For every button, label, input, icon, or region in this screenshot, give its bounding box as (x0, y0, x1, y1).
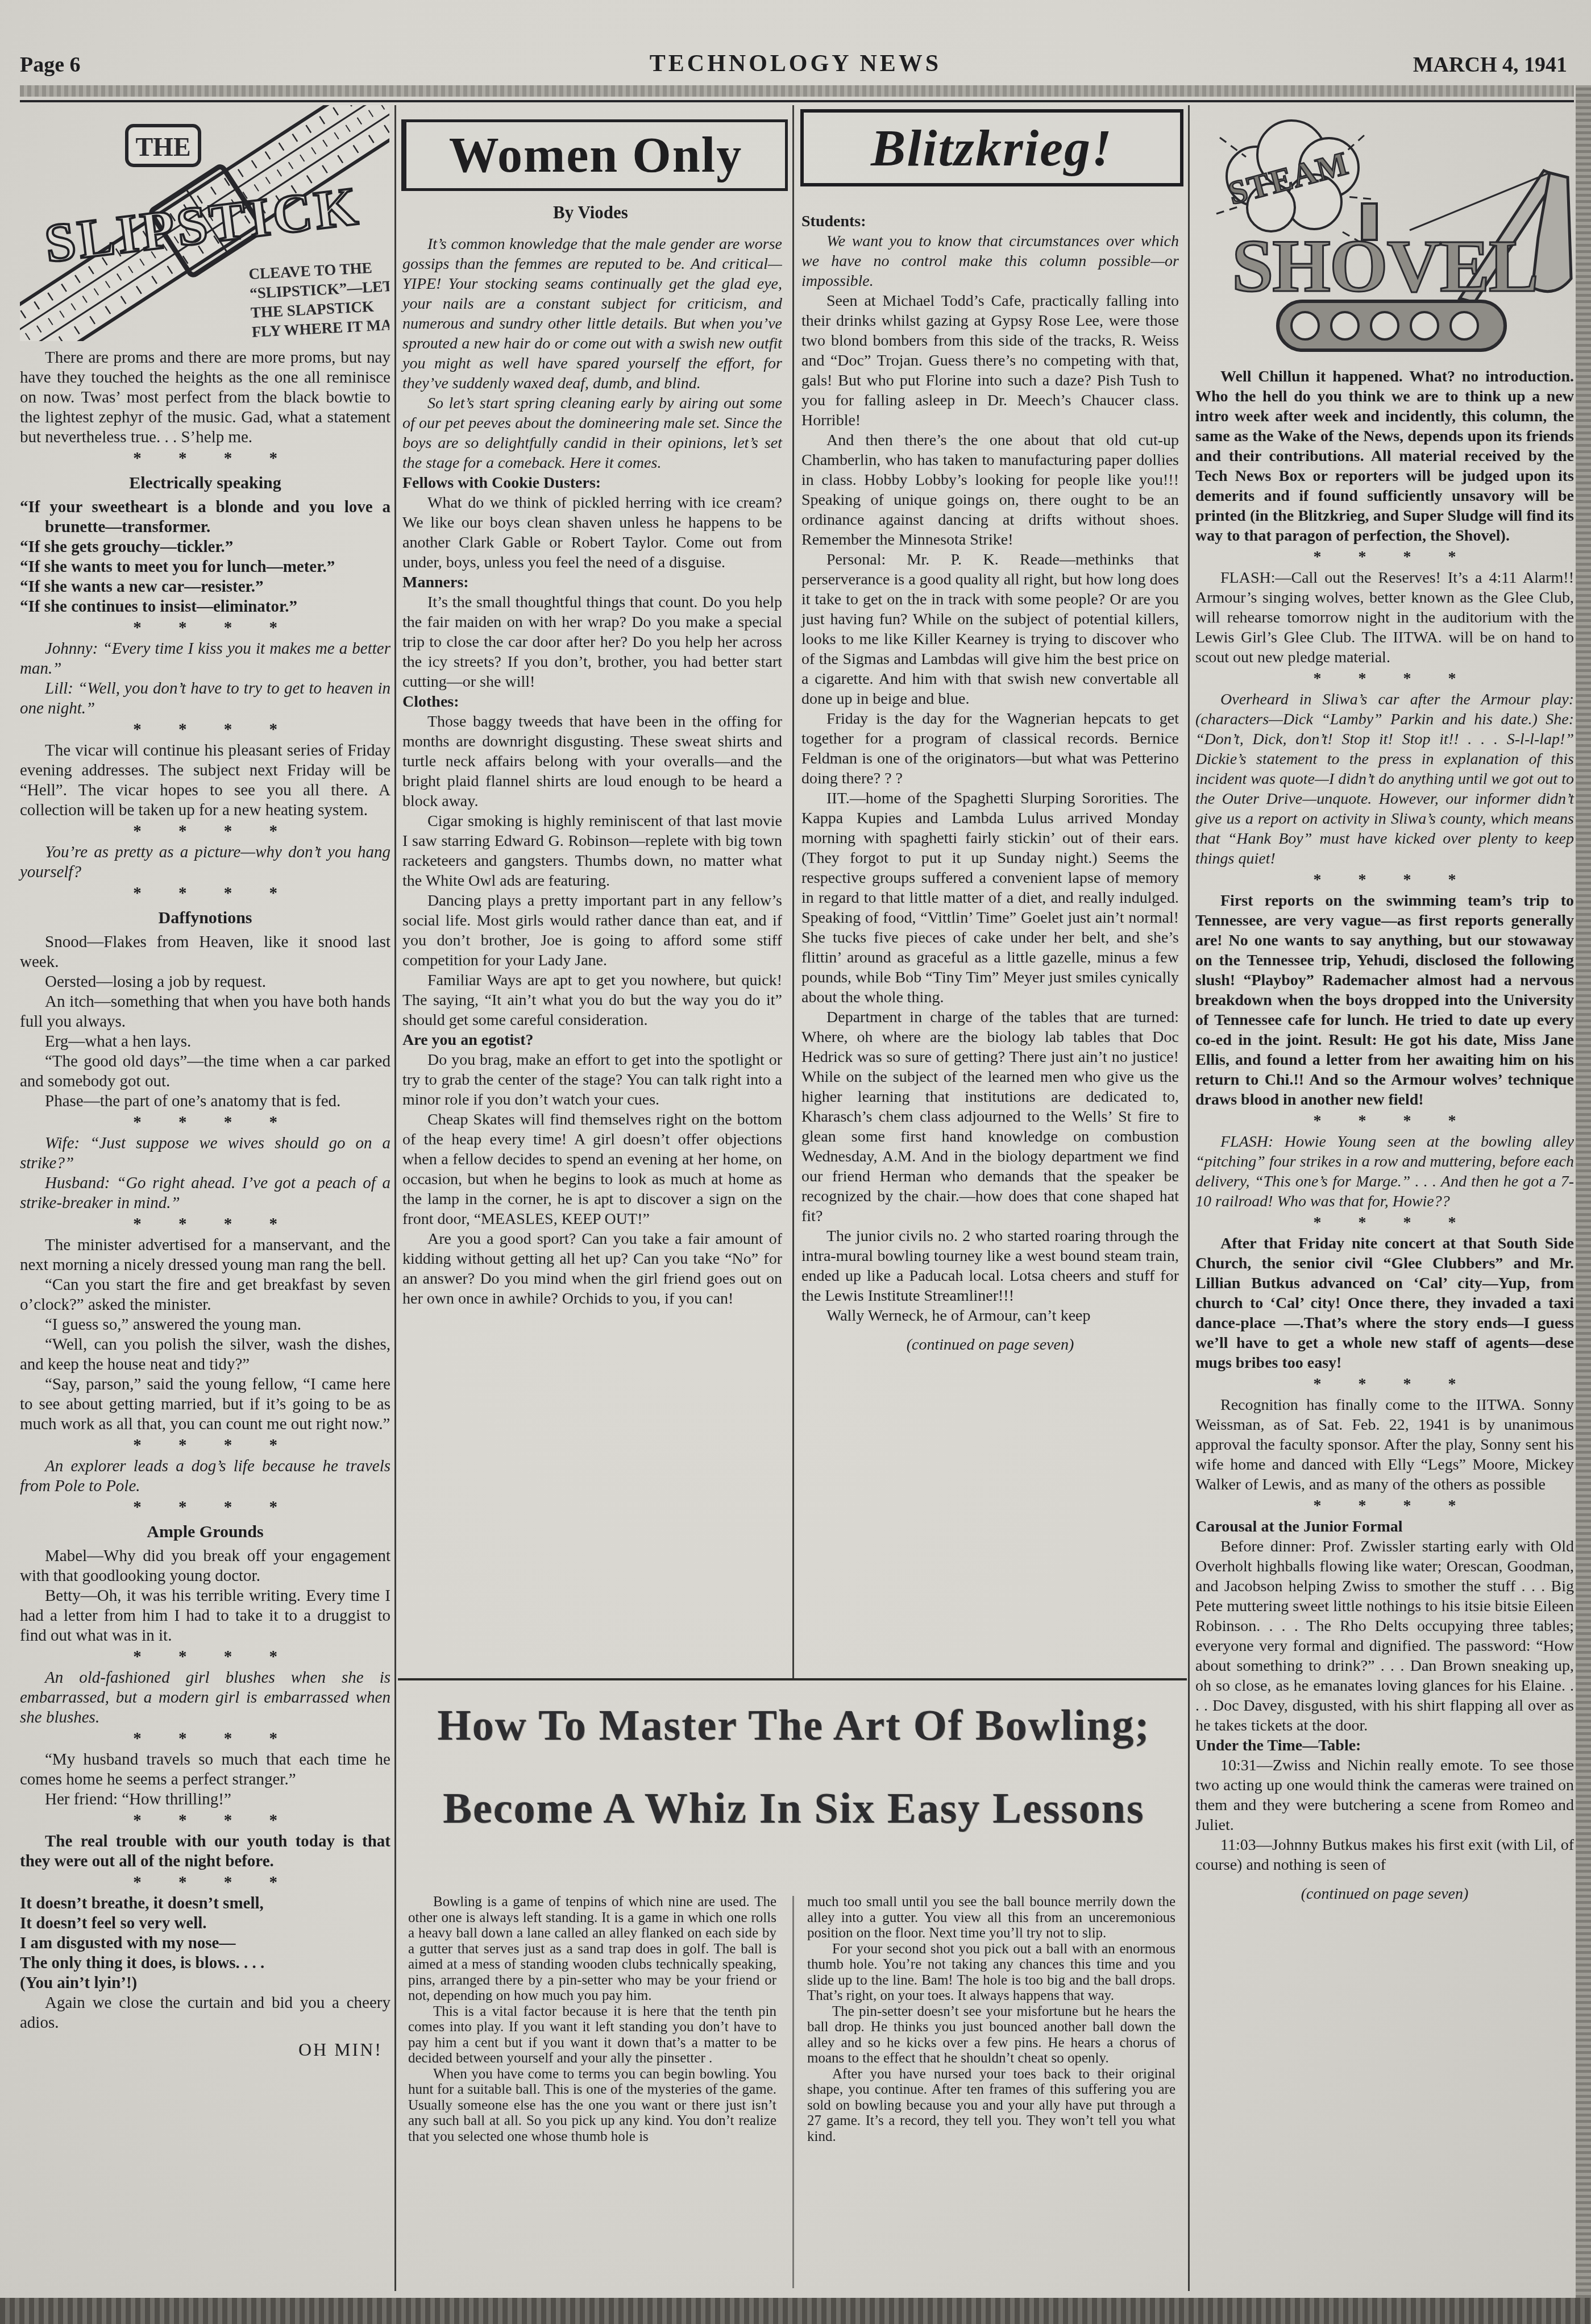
women-only-title: Women Only (449, 127, 742, 184)
paragraph: Oersted—losing a job by request. (20, 972, 391, 992)
paragraph: The junior civils no. 2 who started roar… (801, 1226, 1179, 1306)
verse-line: It doesn’t breathe, it doesn’t smell, (20, 1894, 391, 1914)
paragraph: An itch—something that when you have bot… (20, 992, 391, 1032)
column-rule-bowling (792, 1896, 794, 2288)
paragraph: So let’s start spring cleaning early by … (402, 393, 782, 473)
scan-edge-artifact (1576, 85, 1591, 2298)
section-heading: Fellows with Cookie Dusters: (402, 473, 782, 493)
verse-line: (You ain’t lyin’!) (20, 1973, 391, 1993)
continued-notice: (continued on page seven) (1195, 1884, 1574, 1904)
paragraph: You’re as pretty as a picture—why don’t … (20, 843, 391, 882)
section-heading: Students: (801, 211, 1179, 231)
paragraph: The vicar will continue his pleasant ser… (20, 741, 391, 820)
star-separator: * * * * (20, 1873, 391, 1893)
women-only-byline: By Viodes (401, 202, 780, 223)
section-heading: Electrically speaking (20, 473, 391, 493)
women-only-text: It’s common knowledge that the male gend… (402, 234, 782, 1309)
paragraph: “My husband travels so much that each ti… (20, 1750, 391, 1790)
paragraph: First reports on the swimming team’s tri… (1195, 891, 1574, 1110)
star-separator: * * * * (20, 1811, 391, 1831)
paragraph: “If she wants to meet you for lunch—mete… (20, 557, 391, 577)
paragraph: “If she continues to insist—eliminator.” (20, 597, 391, 617)
section-heading: Daffynotions (20, 908, 391, 928)
paragraph: The real trouble with our youth today is… (20, 1832, 391, 1871)
paragraph: Do you brag, make an effort to get into … (402, 1050, 782, 1110)
paragraph: Personal: Mr. P. K. Reade—methinks that … (801, 550, 1179, 709)
paragraph: Again we close the curtain and bid you a… (20, 1993, 391, 2033)
paragraph: 10:31—Zwiss and Nichin really emote. To … (1195, 1756, 1574, 1835)
steam-shovel-logo: STEAM SHOVEL (1194, 102, 1576, 359)
paragraph: For your second shot you pick out a ball… (807, 1941, 1175, 2004)
bowling-section-rule (398, 1678, 1187, 1680)
paragraph: Before dinner: Prof. Zwissler starting e… (1195, 1537, 1574, 1736)
paragraph: “If your sweetheart is a blonde and you … (20, 497, 391, 537)
verse-line: It doesn’t feel so very well. (20, 1914, 391, 1933)
bowling-col-left: Bowling is a game of tenpins of which ni… (408, 1894, 776, 2144)
paragraph: Seen at Michael Todd’s Cafe, practically… (801, 291, 1179, 430)
paragraph: An explorer leads a dog’s life because h… (20, 1456, 391, 1496)
star-separator: * * * * (1195, 870, 1574, 890)
paragraph: “Well, can you polish the silver, wash t… (20, 1335, 391, 1375)
paragraph: Erg—what a hen lays. (20, 1032, 391, 1052)
paragraph: Bowling is a game of tenpins of which ni… (408, 1894, 776, 2004)
section-heading: Carousal at the Junior Formal (1195, 1517, 1574, 1537)
section-heading: Are you an egotist? (402, 1030, 782, 1050)
paragraph: Recognition has finally come to the IITW… (1195, 1395, 1574, 1495)
star-separator: * * * * (1195, 1111, 1574, 1131)
paragraph: Snood—Flakes from Heaven, like it snood … (20, 932, 391, 972)
paragraph: Those baggy tweeds that have been in the… (402, 712, 782, 811)
slipstick-logo: THE SLIPSTICK CLEAVE TO THE “SLIPSTICK”—… (20, 105, 389, 341)
paragraph: Betty—Oh, it was his terrible writing. E… (20, 1586, 391, 1646)
paragraph: The minister advertised for a manservant… (20, 1235, 391, 1275)
paragraph: After that Friday nite concert at that S… (1195, 1234, 1574, 1373)
issue-date: MARCH 4, 1941 (1413, 52, 1567, 77)
section-heading: Ample Grounds (20, 1522, 391, 1542)
star-separator: * * * * (1195, 1213, 1574, 1232)
blitzkrieg-text: Students:We want you to know that circum… (801, 211, 1179, 1355)
paragraph: “The good old days”—the time when a car … (20, 1052, 391, 1092)
star-separator: * * * * (20, 720, 391, 740)
paragraph: It’s common knowledge that the male gend… (402, 234, 782, 393)
paragraph: This is a vital factor because it is her… (408, 2004, 776, 2066)
paragraph: Cheap Skates will find themselves right … (402, 1110, 782, 1229)
paragraph: Dancing plays a pretty important part in… (402, 891, 782, 970)
continued-notice: (continued on page seven) (801, 1335, 1179, 1355)
star-separator: * * * * (20, 1647, 391, 1667)
paragraph: Overheard in Sliwa’s car after the Armou… (1195, 690, 1574, 869)
star-separator: * * * * (20, 1497, 391, 1517)
paragraph: Mabel—Why did you break off your engagem… (20, 1546, 391, 1586)
paragraph: much too small until you see the ball bo… (807, 1894, 1175, 1941)
paragraph: FLASH:—Call out the Reserves! It’s a 4:1… (1195, 568, 1574, 667)
paragraph: After you have nursed your toes back to … (807, 2066, 1175, 2145)
star-separator: * * * * (20, 618, 391, 638)
paragraph: An old-fashioned girl blushes when she i… (20, 1668, 391, 1728)
paragraph: Phase—the part of one’s anatomy that is … (20, 1092, 391, 1111)
bowling-col-right: much too small until you see the ball bo… (807, 1894, 1175, 2144)
star-separator: * * * * (20, 883, 391, 903)
paragraph: Department in charge of the tables that … (801, 1007, 1179, 1226)
paragraph: Friday is the day for the Wagnerian hepc… (801, 709, 1179, 789)
paragraph: Are you a good sport? Can you take a fai… (402, 1229, 782, 1309)
paragraph: Wally Werneck, he of Armour, can’t keep (801, 1306, 1179, 1326)
masthead: TECHNOLOGY NEWS (0, 50, 1591, 77)
paragraph: “If she wants a new car—resister.” (20, 577, 391, 597)
blitzkrieg-title-box: Blitzkrieg! (800, 109, 1183, 186)
star-separator: * * * * (20, 821, 391, 841)
section-heading: Clothes: (402, 692, 782, 712)
star-separator: * * * * (20, 449, 391, 468)
paragraph: “If she gets grouchy—tickler.” (20, 537, 391, 557)
verse-line: I am disgusted with my nose— (20, 1933, 391, 1953)
section-heading: Under the Time—Table: (1195, 1736, 1574, 1756)
paragraph: IIT.—home of the Spaghetti Slurping Soro… (801, 789, 1179, 1007)
paragraph: When you have come to terms you can begi… (408, 2066, 776, 2145)
paragraph: The pin-setter doesn’t see your misfortu… (807, 2004, 1175, 2066)
newspaper-page: Page 6 TECHNOLOGY NEWS MARCH 4, 1941 THE… (0, 0, 1591, 2324)
paragraph: “I guess so,” answered the young man. (20, 1315, 391, 1335)
star-separator: * * * * (1195, 547, 1574, 567)
slipstick-column-text: There are proms and there are more proms… (20, 348, 391, 2060)
scan-bottom-artifact (0, 2298, 1591, 2324)
blitzkrieg-title: Blitzkrieg! (871, 118, 1113, 178)
steam-shovel-text: Well Chillun it happened. What? no intro… (1195, 367, 1574, 1904)
paragraph: Cigar smoking is highly reminiscent of t… (402, 811, 782, 891)
verse-line: The only thing it does, is blows. . . . (20, 1953, 391, 1973)
star-separator: * * * * (20, 1113, 391, 1132)
header-rule-band (20, 85, 1574, 97)
paragraph: Familiar Ways are apt to get you nowhere… (402, 970, 782, 1030)
paragraph: We want you to know that circumstances o… (801, 231, 1179, 291)
paragraph: Husband: “Go right ahead. I’ve got a pea… (20, 1173, 391, 1213)
star-separator: * * * * (1195, 1374, 1574, 1394)
paragraph: What do we think of pickled herring with… (402, 493, 782, 572)
paragraph: “Can you start the fire and get breakfas… (20, 1275, 391, 1315)
paragraph: Wife: “Just suppose we wives should go o… (20, 1134, 391, 1173)
paragraph: Lill: “Well, you don’t have to try to ge… (20, 679, 391, 719)
sign-off: OH MIN! (20, 2040, 391, 2060)
column-rule-1-2 (394, 105, 396, 2291)
star-separator: * * * * (20, 1435, 391, 1455)
shovel-label: SHOVEL (1232, 224, 1538, 308)
paragraph: Johnny: “Every time I kiss you it makes … (20, 639, 391, 679)
paragraph: “Say, parson,” said the young fellow, “I… (20, 1375, 391, 1434)
slipstick-the-label: THE (135, 132, 190, 161)
star-separator: * * * * (20, 1214, 391, 1234)
bowling-headline-line2: Become A Whiz In Six Easy Lessons (401, 1784, 1187, 1833)
paragraph: 11:03—Johnny Butkus makes his first exit… (1195, 1835, 1574, 1875)
women-only-title-box: Women Only (401, 119, 788, 191)
paragraph: Her friend: “How thrilling!” (20, 1790, 391, 1810)
section-heading: Manners: (402, 572, 782, 592)
column-rule-2-3 (792, 105, 794, 1679)
paragraph: There are proms and there are more proms… (20, 348, 391, 447)
paragraph: Well Chillun it happened. What? no intro… (1195, 367, 1574, 546)
star-separator: * * * * (20, 1729, 391, 1749)
star-separator: * * * * (1195, 1496, 1574, 1516)
star-separator: * * * * (1195, 669, 1574, 688)
paragraph: It’s the small thoughtful things that co… (402, 592, 782, 692)
column-rule-3-4 (1188, 105, 1190, 2291)
bowling-headline-line1: How To Master The Art Of Bowling; (401, 1701, 1187, 1750)
paragraph: And then there’s the one about that old … (801, 430, 1179, 550)
paragraph: FLASH: Howie Young seen at the bowling a… (1195, 1132, 1574, 1211)
